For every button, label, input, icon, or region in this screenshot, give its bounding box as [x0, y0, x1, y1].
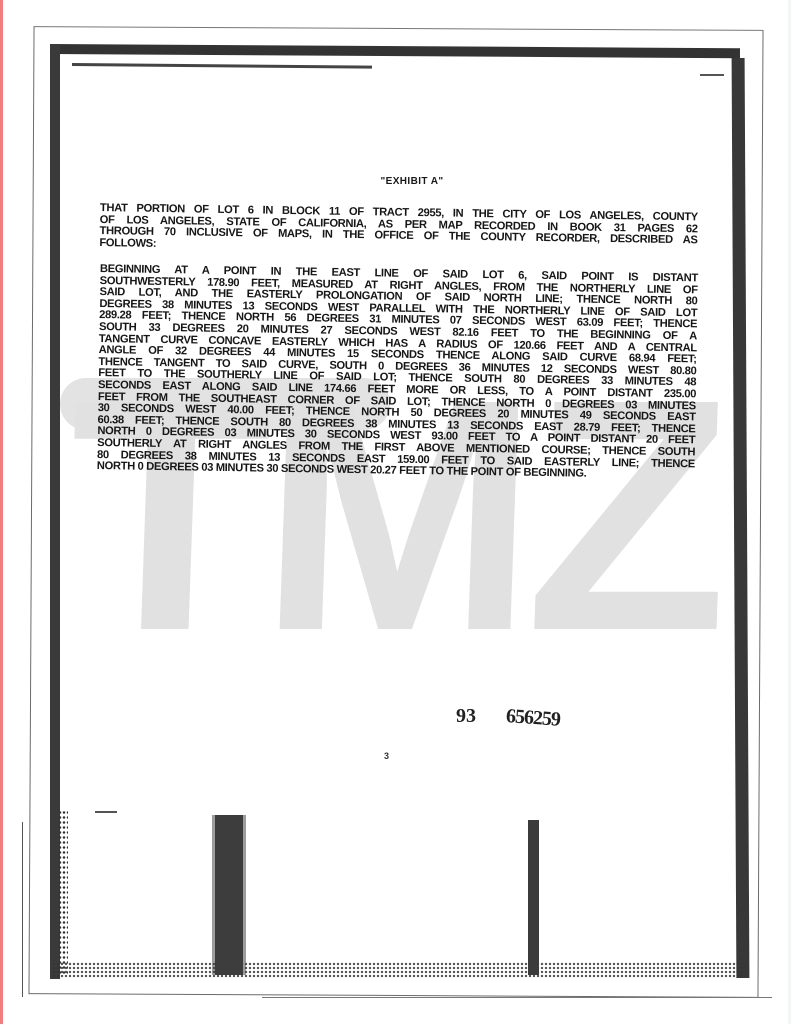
scan-left-edge	[0, 0, 3, 1024]
scan-noise-column	[58, 810, 68, 975]
frame-bottom-speckle	[52, 962, 742, 978]
scan-bottom-line	[262, 997, 772, 998]
recording-number: 656259	[505, 705, 560, 732]
exhibit-title: "EXHIBIT A"	[362, 176, 462, 187]
legal-description-intro: THAT PORTION OF LOT 6 IN BLOCK 11 OF TRA…	[99, 203, 698, 259]
header-rule-fragment	[700, 74, 724, 76]
scan-artifact-bar	[215, 815, 243, 975]
page-number: 3	[384, 751, 389, 761]
scan-dash	[95, 811, 117, 813]
recording-year: 93	[456, 705, 476, 728]
legal-description-metes-bounds: BEGINNING AT A POINT IN THE EAST LINE OF…	[97, 264, 698, 482]
scan-edge-line	[22, 822, 23, 997]
scan-artifact-bar	[528, 820, 539, 975]
